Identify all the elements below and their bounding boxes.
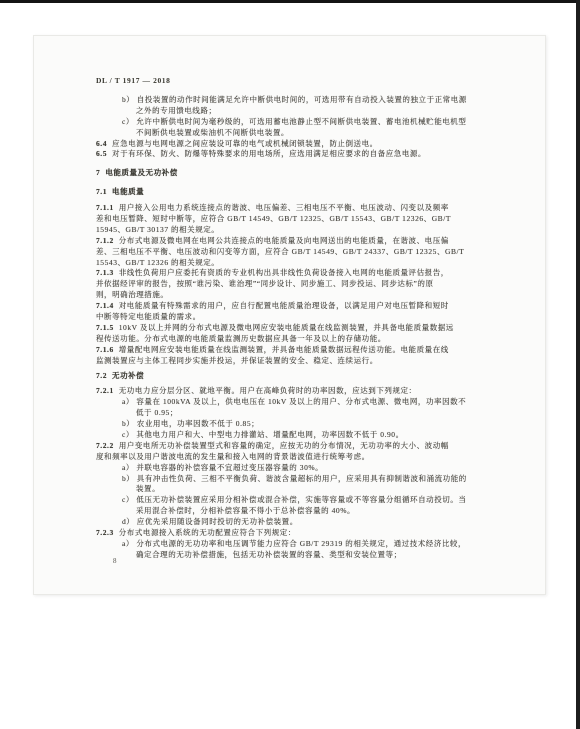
document-page: DL / T 1917 — 2018 b） 自投装置的动作时间能满足允许中断供电… [33, 35, 546, 595]
text-line: b） 自投装置的动作时间能满足允许中断供电时间的，可选用带有自动投入装置的独立于… [96, 95, 545, 106]
clause-text: 监测装置应与主体工程同步实施并投运，并保证装置的安全、稳定、连续运行。 [96, 356, 378, 365]
clause-text: 15543、GB/T 12326 的相关规定。 [96, 258, 219, 267]
clause-text: 增量配电网应安装电能质量在线监测装置，并具备电能质量数据远程传送功能。电能质量在… [119, 345, 449, 354]
text-line: a） 分布式电源的无功功率和电压调节能力应符合 GB/T 29319 的相关规定… [96, 539, 545, 550]
text-line: c） 允许中断供电时间为毫秒级的，可选用蓄电池静止型不间断供电装置、蓄电池机械贮… [96, 117, 545, 128]
clause-line: 6.4应急电源与电网电源之间应装设可靠的电气或机械闭锁装置，防止倒送电。 [96, 139, 545, 150]
clause-text: 之外的专用馈电线路； [136, 106, 217, 115]
clause-text: 程传送功能。分布式电源的电能质量监测历史数据应具备一年及以上的存储功能。 [96, 334, 386, 343]
clause-number: 7.1.5 [96, 323, 114, 332]
clause-text: 电能质量及无功补偿 [105, 168, 177, 177]
clause-line: 7电能质量及无功补偿 [96, 168, 545, 179]
clause-number: 7.1.3 [96, 268, 114, 277]
clause-text: 中断等特定电能质量的需求。 [96, 312, 201, 321]
clause-text: 对于有环保、防火、防爆等特殊要求的用电场所，应选用满足相应要求的自备应急电源。 [112, 149, 426, 158]
clause-text: a） 并联电容器的补偿容量不宜超过变压器容量的 30%。 [122, 463, 323, 472]
clause-number: 7.1.1 [96, 203, 114, 212]
screenshot-canvas: { "document": { "standard_code": "DL / T… [0, 0, 580, 729]
clause-text: 15945、GB/T 30137 的相关规定。 [96, 225, 219, 234]
page-number: 8 [113, 557, 117, 565]
clause-number: 7.1.6 [96, 345, 114, 354]
clause-text: b） 具有冲击性负荷、三相不平衡负荷、谐波含量超标的用户，应采用具有抑制谐波和涌… [122, 474, 467, 483]
clause-text: 差和电压暂降、短时中断等，应符合 GB/T 14549、GB/T 12325、G… [96, 214, 451, 223]
clause-text: 无功补偿 [112, 371, 144, 380]
clause-text: c） 低压无功补偿装置应采用分相补偿或混合补偿，实施等容量或不等容量分组循环自动… [122, 495, 466, 504]
text-line: 中断等特定电能质量的需求。 [96, 312, 545, 323]
text-line: 监测装置应与主体工程同步实施并投运，并保证装置的安全、稳定、连续运行。 [96, 356, 545, 367]
text-line: 程传送功能。分布式电源的电能质量监测历史数据应具备一年及以上的存储功能。 [96, 334, 545, 345]
text-line: a） 并联电容器的补偿容量不宜超过变压器容量的 30%。 [96, 463, 545, 474]
text-line: c） 低压无功补偿装置应采用分相补偿或混合补偿，实施等容量或不等容量分组循环自动… [96, 495, 545, 506]
clause-text: 对电能质量有特殊需求的用户，应自行配置电能质量治理设备，以满足用户对电压暂降和短… [119, 301, 449, 310]
clause-line: 7.2.3分布式电源接入系统的无功配置应符合下列规定： [96, 528, 545, 539]
clause-line: 7.1.6增量配电网应安装电能质量在线监测装置，并具备电能质量数据远程传送功能。… [96, 345, 545, 356]
text-line: 差和电压暂降、短时中断等，应符合 GB/T 14549、GB/T 12325、G… [96, 214, 545, 225]
clause-text: 度和频率以及用户谐波电流的发生量和接入电网的背景谐波值进行统筹考虑。 [96, 452, 370, 461]
clause-line: 7.1.3非线性负荷用户应委托有资质的专业机构出具非线性负荷设备接入电网的电能质… [96, 268, 545, 279]
clause-number: 7.1.4 [96, 301, 114, 310]
text-line: b） 具有冲击性负荷、三相不平衡负荷、谐波含量超标的用户，应采用具有抑制谐波和涌… [96, 474, 545, 485]
clause-text: a） 分布式电源的无功功率和电压调节能力应符合 GB/T 29319 的相关规定… [122, 539, 466, 548]
clause-line: 7.1.510kV 及以上并网的分布式电源及微电网应安装电能质量在线监测装置，并… [96, 323, 545, 334]
clause-text: 非线性负荷用户应委托有资质的专业机构出具非线性负荷设备接入电网的电能质量评估报告… [119, 268, 449, 277]
text-line: 15543、GB/T 12326 的相关规定。 [96, 258, 545, 269]
clause-text: c） 允许中断供电时间为毫秒级的，可选用蓄电池静止型不间断供电装置、蓄电池机械贮… [122, 117, 466, 126]
clause-text: 分布式电源接入系统的无功配置应符合下列规定： [119, 528, 296, 537]
clause-text: 10kV 及以上并网的分布式电源及微电网应安装电能质量在线监测装置，并具备电能质… [119, 323, 454, 332]
clause-line: 7.2.1无功电力应分层分区、就地平衡。用户在高峰负荷时的功率因数，应达到下列规… [96, 386, 545, 397]
clause-line: 6.5对于有环保、防火、防爆等特殊要求的用电场所，应选用满足相应要求的自备应急电… [96, 149, 545, 160]
text-line: 差、三相电压不平衡、电压波动和闪变等方面，应符合 GB/T 14549、GB/T… [96, 247, 545, 258]
text-line: 则，明确治理措施。 [96, 290, 545, 301]
text-line: 确定合理的无功补偿措施，包括无功补偿装置的容量、类型和安装位置等； [96, 550, 545, 561]
scan-right-edge [576, 0, 580, 729]
clause-text: 并依据经评审的报告，按照“谁污染、谁治理”“同步设计、同步施工、同步投运、同步达… [96, 279, 434, 288]
clause-line: 7.2.2用户变电所无功补偿装置型式和容量的确定，应按无功的分布情况，无功功率的… [96, 441, 545, 452]
clause-text: 用户变电所无功补偿装置型式和容量的确定，应按无功的分布情况，无功功率的大小、波动… [119, 441, 449, 450]
clause-text: a） 容量在 100kVA 及以上，供电电压在 10kV 及以上的用户、分布式电… [122, 397, 466, 406]
clause-line: 7.1.2分布式电源及微电网在电网公共连接点的电能质量及向电网送出的电能质量，在… [96, 236, 545, 247]
scan-top-edge [0, 0, 580, 3]
text-line: 采用混合补偿时，分相补偿容量不得小于总补偿容量的 40%。 [96, 506, 545, 517]
text-line: 并依据经评审的报告，按照“谁污染、谁治理”“同步设计、同步施工、同步投运、同步达… [96, 279, 545, 290]
clause-text: 则，明确治理措施。 [96, 290, 168, 299]
clause-text: 不间断供电装置或柴油机不间断供电装置。 [136, 128, 289, 137]
text-line: 低于 0.95； [96, 408, 545, 419]
clause-text: b） 农业用电，功率因数不低于 0.85； [122, 419, 259, 428]
clause-text: 差、三相电压不平衡、电压波动和闪变等方面，应符合 GB/T 14549、GB/T… [96, 247, 464, 256]
clause-line: 7.2无功补偿 [96, 371, 545, 382]
text-line: c） 其他电力用户和大、中型电力排灌站、增量配电网，功率因数不低于 0.90。 [96, 430, 545, 441]
text-line: 不间断供电装置或柴油机不间断供电装置。 [96, 128, 545, 139]
clause-number: 7.1 [96, 187, 107, 196]
clause-text: 分布式电源及微电网在电网公共连接点的电能质量及向电网送出的电能质量，在谐波、电压… [119, 236, 449, 245]
clause-number: 6.5 [96, 149, 107, 158]
clause-number: 6.4 [96, 139, 107, 148]
clause-text: 确定合理的无功补偿措施，包括无功补偿装置的容量、类型和安装位置等； [136, 550, 402, 559]
clause-text: 装置。 [136, 484, 160, 493]
clause-number: 7.2.3 [96, 528, 114, 537]
clause-line: 7.1电能质量 [96, 187, 545, 198]
clause-text: 应急电源与电网电源之间应装设可靠的电气或机械闭锁装置，防止倒送电。 [112, 139, 378, 148]
clause-text: 低于 0.95； [136, 408, 178, 417]
text-line: a） 容量在 100kVA 及以上，供电电压在 10kV 及以上的用户、分布式电… [96, 397, 545, 408]
clause-number: 7 [96, 168, 100, 177]
text-line: 度和频率以及用户谐波电流的发生量和接入电网的背景谐波值进行统筹考虑。 [96, 452, 545, 463]
clause-text: 用户接入公用电力系统连接点的谐波、电压偏差、三相电压不平衡、电压波动、闪变以及频… [119, 203, 449, 212]
clause-text: 电能质量 [112, 187, 144, 196]
clause-number: 7.2 [96, 371, 107, 380]
clause-line: 7.1.1用户接入公用电力系统连接点的谐波、电压偏差、三相电压不平衡、电压波动、… [96, 203, 545, 214]
text-line: 装置。 [96, 484, 545, 495]
text-line: 15945、GB/T 30137 的相关规定。 [96, 225, 545, 236]
clause-text: 无功电力应分层分区、就地平衡。用户在高峰负荷时的功率因数，应达到下列规定： [119, 386, 417, 395]
clause-text: 采用混合补偿时，分相补偿容量不得小于总补偿容量的 40%。 [136, 506, 355, 515]
text-line: 之外的专用馈电线路； [96, 106, 545, 117]
text-line: d） 应优先采用随设备同时投切的无功补偿装置。 [96, 517, 545, 528]
document-body: b） 自投装置的动作时间能满足允许中断供电时间的，可选用带有自动投入装置的独立于… [34, 95, 545, 561]
clause-number: 7.2.2 [96, 441, 114, 450]
clause-number: 7.1.2 [96, 236, 114, 245]
clause-line: 7.1.4对电能质量有特殊需求的用户，应自行配置电能质量治理设备，以满足用户对电… [96, 301, 545, 312]
standard-code-header: DL / T 1917 — 2018 [96, 76, 171, 85]
clause-number: 7.2.1 [96, 386, 114, 395]
clause-text: d） 应优先采用随设备同时投切的无功补偿装置。 [122, 517, 298, 526]
text-line: b） 农业用电，功率因数不低于 0.85； [96, 419, 545, 430]
clause-text: b） 自投装置的动作时间能满足允许中断供电时间的，可选用带有自动投入装置的独立于… [122, 95, 467, 104]
clause-text: c） 其他电力用户和大、中型电力排灌站、增量配电网，功率因数不低于 0.90。 [122, 430, 404, 439]
